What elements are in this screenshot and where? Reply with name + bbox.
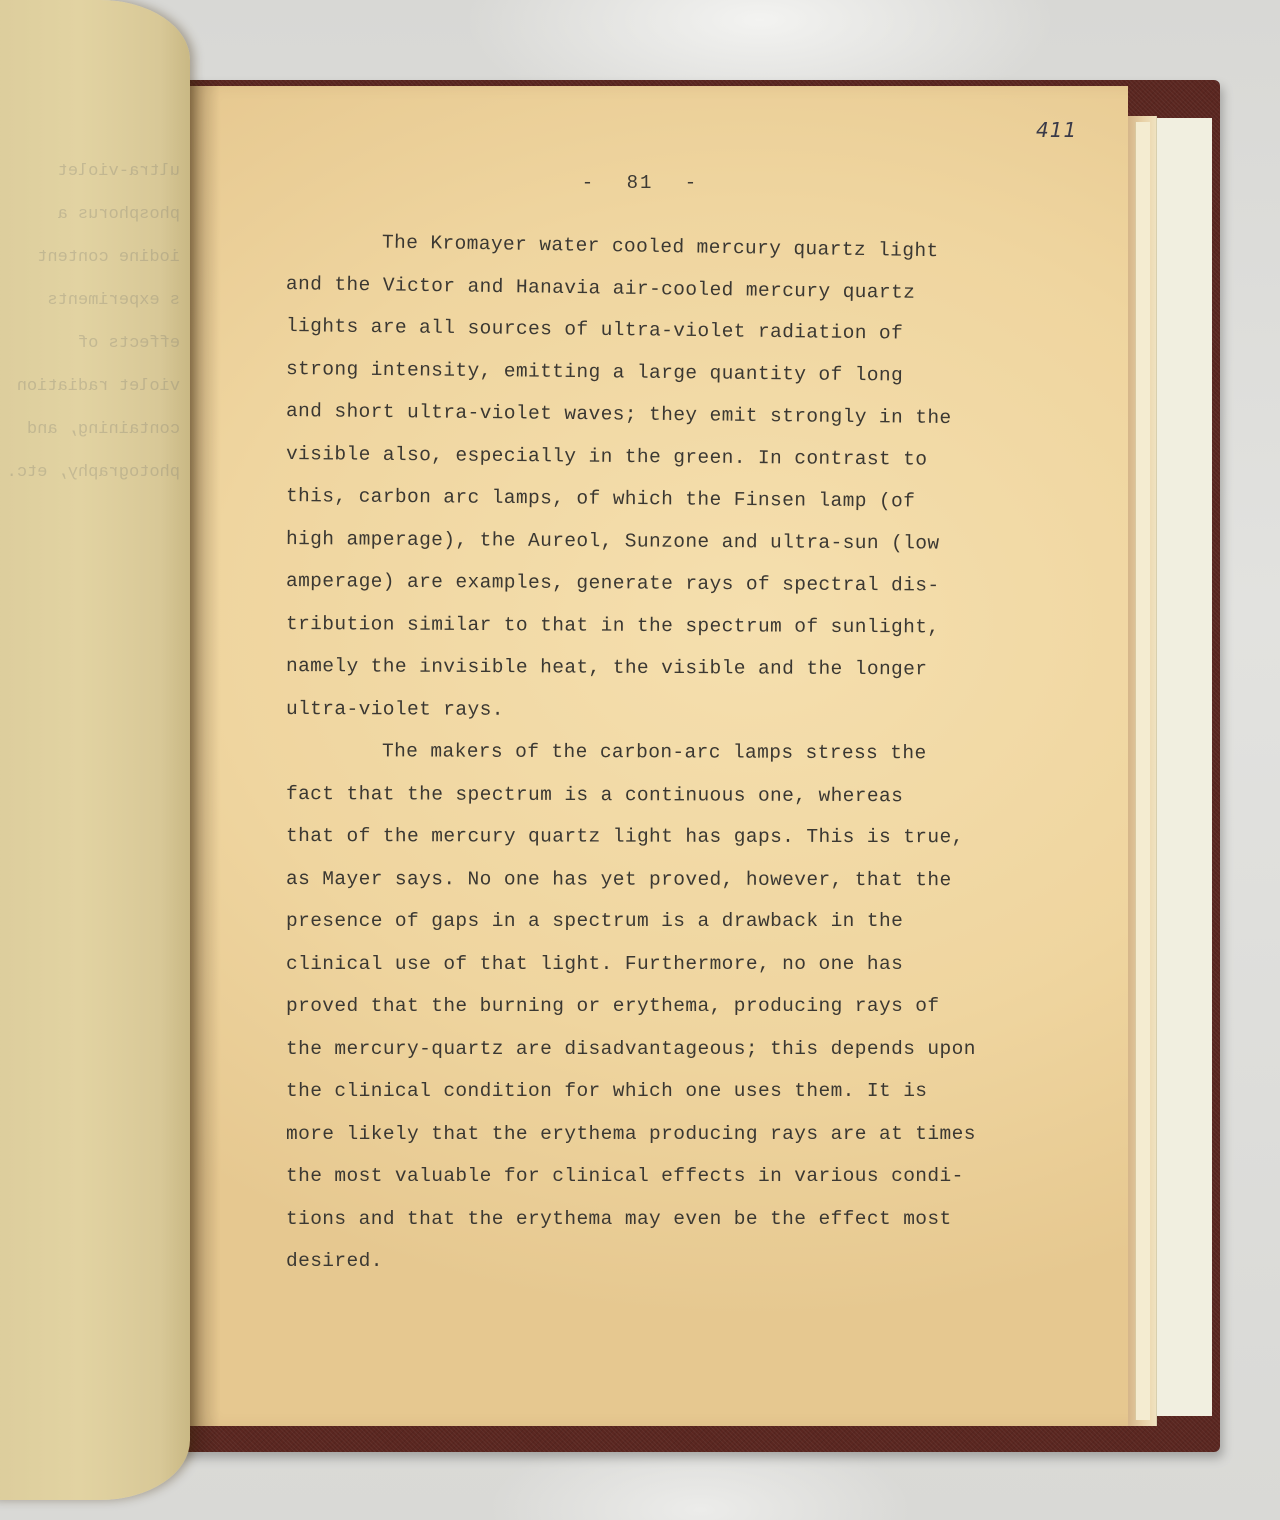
text-line: namely the invisible heat, the visible a… [286,645,996,691]
bleed-line: phosphorus a [0,193,180,236]
text-line: this, carbon arc lamps, of which the Fin… [286,475,996,524]
left-page-curl: ultra-violet phosphorus a iodine content… [0,0,190,1500]
text-line: strong intensity, emitting a large quant… [286,348,996,398]
bleed-line: containing, and [0,408,180,451]
bleed-line: ultra-violet [0,150,180,193]
bleed-line: iodine content [0,236,180,279]
text-line: ultra-violet rays. [286,688,996,733]
text-line: visible also, especially in the green. I… [286,433,996,482]
text-line: presence of gaps in a spectrum is a draw… [286,900,996,943]
text-line: clinical use of that light. Furthermore,… [286,943,996,986]
text-line: high amperage), the Aureol, Sunzone and … [286,518,996,565]
text-line: the most valuable for clinical effects i… [286,1155,996,1198]
text-line: amperage) are examples, generate rays of… [286,560,996,607]
text-line: as Mayer says. No one has yet proved, ho… [286,858,996,902]
text-line: the clinical condition for which one use… [286,1070,996,1113]
text-line: desired. [286,1240,996,1283]
bleed-line: effects of [0,322,180,365]
text-line: tribution similar to that in the spectru… [286,603,996,649]
paragraph-1: The Kromayer water cooled mercury quartz… [286,220,996,730]
text-line: that of the mercury quartz light has gap… [286,815,996,859]
typed-body-text: The Kromayer water cooled mercury quartz… [286,220,996,1283]
text-line: proved that the burning or erythema, pro… [286,985,996,1028]
bleed-line: s experiments [0,279,180,322]
endpaper [1150,118,1212,1416]
text-line: the mercury-quartz are disadvantageous; … [286,1028,996,1071]
paragraph-2: The makers of the carbon-arc lamps stres… [286,730,996,1283]
text-line: tions and that the erythema may even be … [286,1198,996,1241]
left-page-bleedthrough: ultra-violet phosphorus a iodine content… [0,0,190,1500]
text-line: more likely that the erythema producing … [286,1113,996,1156]
text-line: and short ultra-violet waves; they emit … [286,390,996,440]
bleed-line: violet radiation [0,365,180,408]
handwritten-folio-number: 411 [1036,118,1077,142]
page-number: - 81 - [560,172,720,194]
text-line: fact that the spectrum is a continuous o… [286,773,996,818]
bleed-line: photography, etc. [0,451,180,494]
text-line: The makers of the carbon-arc lamps stres… [286,730,996,775]
